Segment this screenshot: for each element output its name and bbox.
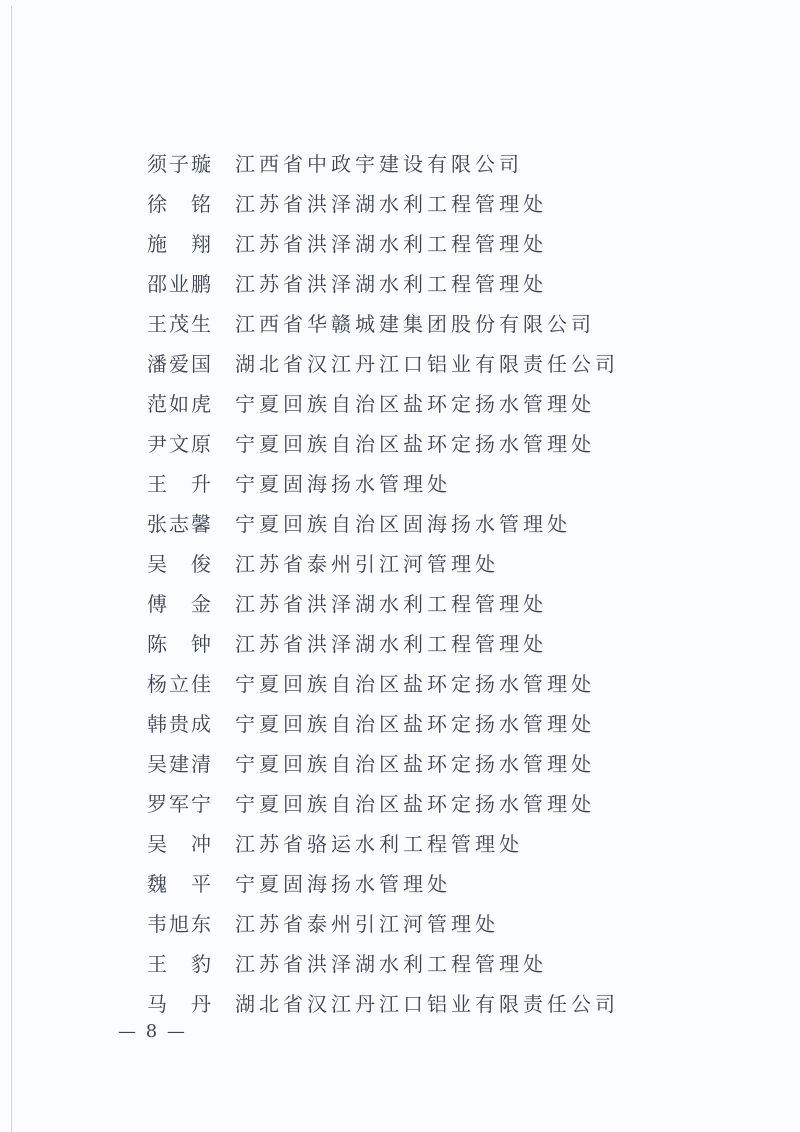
organization: 江苏省洪泽湖水利工程管理处: [235, 228, 547, 257]
organization: 江苏省洪泽湖水利工程管理处: [235, 188, 547, 217]
person-name: 傅 金: [147, 588, 213, 617]
person-name: 邵业鹏: [147, 268, 213, 297]
organization: 江西省华赣城建集团股份有限公司: [235, 308, 595, 337]
person-name: 王茂生: [147, 308, 213, 337]
list-item: 王 升宁夏固海扬水管理处: [147, 462, 619, 502]
organization: 湖北省汉江丹江口铝业有限责任公司: [235, 988, 619, 1017]
organization: 江苏省洪泽湖水利工程管理处: [235, 948, 547, 977]
person-name: 吴建清: [147, 748, 213, 777]
person-name: 须子璇: [147, 148, 213, 177]
list-item: 陈 钟江苏省洪泽湖水利工程管理处: [147, 622, 619, 662]
person-name: 马 丹: [147, 988, 213, 1017]
list-item: 尹文原宁夏回族自治区盐环定扬水管理处: [147, 422, 619, 462]
list-item: 须子璇江西省中政宇建设有限公司: [147, 142, 619, 182]
organization: 宁夏回族自治区盐环定扬水管理处: [235, 428, 595, 457]
list-item: 范如虎宁夏回族自治区盐环定扬水管理处: [147, 382, 619, 422]
organization: 宁夏回族自治区盐环定扬水管理处: [235, 388, 595, 417]
person-name: 王 升: [147, 468, 213, 497]
organization: 湖北省汉江丹江口铝业有限责任公司: [235, 348, 619, 377]
list-item: 吴 俊江苏省泰州引江河管理处: [147, 542, 619, 582]
organization: 宁夏回族自治区固海扬水管理处: [235, 508, 571, 537]
document-page: 须子璇江西省中政宇建设有限公司 徐 铭江苏省洪泽湖水利工程管理处 施 翔江苏省洪…: [0, 0, 800, 1132]
person-name: 吴 俊: [147, 548, 213, 577]
organization: 江西省中政宇建设有限公司: [235, 148, 523, 177]
person-name: 杨立佳: [147, 668, 213, 697]
list-item: 吴建清宁夏回族自治区盐环定扬水管理处: [147, 742, 619, 782]
person-name: 尹文原: [147, 428, 213, 457]
person-name: 王 豹: [147, 948, 213, 977]
organization: 宁夏固海扬水管理处: [235, 868, 451, 897]
organization: 江苏省骆运水利工程管理处: [235, 828, 523, 857]
list-item: 施 翔江苏省洪泽湖水利工程管理处: [147, 222, 619, 262]
person-name: 罗军宁: [147, 788, 213, 817]
organization: 江苏省洪泽湖水利工程管理处: [235, 588, 547, 617]
person-name: 范如虎: [147, 388, 213, 417]
organization: 江苏省洪泽湖水利工程管理处: [235, 268, 547, 297]
list-item: 魏 平宁夏固海扬水管理处: [147, 862, 619, 902]
list-item: 韦旭东江苏省泰州引江河管理处: [147, 902, 619, 942]
list-item: 邵业鹏江苏省洪泽湖水利工程管理处: [147, 262, 619, 302]
organization: 宁夏回族自治区盐环定扬水管理处: [235, 748, 595, 777]
organization: 宁夏回族自治区盐环定扬水管理处: [235, 788, 595, 817]
organization: 宁夏固海扬水管理处: [235, 468, 451, 497]
person-name: 陈 钟: [147, 628, 213, 657]
list-item: 徐 铭江苏省洪泽湖水利工程管理处: [147, 182, 619, 222]
organization: 江苏省洪泽湖水利工程管理处: [235, 628, 547, 657]
page-number: — 8 —: [118, 1021, 187, 1042]
list-item: 罗军宁宁夏回族自治区盐环定扬水管理处: [147, 782, 619, 822]
person-name: 魏 平: [147, 868, 213, 897]
person-name: 韦旭东: [147, 908, 213, 937]
list-item: 潘爱国湖北省汉江丹江口铝业有限责任公司: [147, 342, 619, 382]
person-name: 潘爱国: [147, 348, 213, 377]
name-list: 须子璇江西省中政宇建设有限公司 徐 铭江苏省洪泽湖水利工程管理处 施 翔江苏省洪…: [147, 142, 619, 1022]
person-name: 张志馨: [147, 508, 213, 537]
list-item: 韩贵成宁夏回族自治区盐环定扬水管理处: [147, 702, 619, 742]
person-name: 韩贵成: [147, 708, 213, 737]
list-item: 马 丹湖北省汉江丹江口铝业有限责任公司: [147, 982, 619, 1022]
list-item: 王茂生江西省华赣城建集团股份有限公司: [147, 302, 619, 342]
list-item: 杨立佳宁夏回族自治区盐环定扬水管理处: [147, 662, 619, 702]
organization: 江苏省泰州引江河管理处: [235, 908, 499, 937]
person-name: 施 翔: [147, 228, 213, 257]
organization: 宁夏回族自治区盐环定扬水管理处: [235, 708, 595, 737]
list-item: 张志馨宁夏回族自治区固海扬水管理处: [147, 502, 619, 542]
organization: 江苏省泰州引江河管理处: [235, 548, 499, 577]
person-name: 徐 铭: [147, 188, 213, 217]
list-item: 傅 金江苏省洪泽湖水利工程管理处: [147, 582, 619, 622]
organization: 宁夏回族自治区盐环定扬水管理处: [235, 668, 595, 697]
list-item: 吴 冲江苏省骆运水利工程管理处: [147, 822, 619, 862]
person-name: 吴 冲: [147, 828, 213, 857]
scan-edge-line: [11, 6, 12, 1132]
list-item: 王 豹江苏省洪泽湖水利工程管理处: [147, 942, 619, 982]
